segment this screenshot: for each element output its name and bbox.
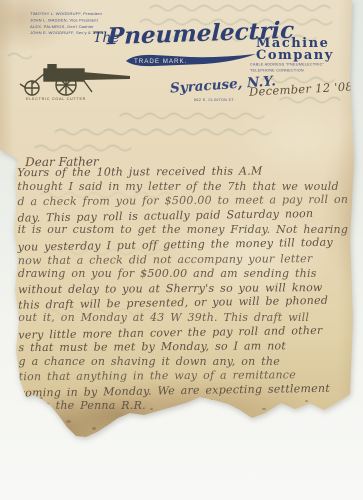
scanned-letter-page: { "scan": { "background_color": "#eef0eb… <box>0 0 363 500</box>
street-address: 562 S. CLINTON ST. <box>194 98 266 102</box>
trade-mark-label: TRADE MARK. <box>134 58 187 65</box>
telephone-line: TELEPHONE CONNECTION <box>250 68 360 74</box>
paper-speck <box>40 397 43 399</box>
trade-mark-ribbon: TRADE MARK. <box>124 52 258 70</box>
letter-paper-wrapper: TIMOTHY L. WOODRUFF, President JOHN L. M… <box>0 0 363 440</box>
paper-speck <box>262 408 266 410</box>
letter-line: g a chance on shaving it down any, on th… <box>19 355 356 370</box>
paper-speck <box>150 408 153 410</box>
paper-speck <box>66 420 71 423</box>
illustration-caption: ELECTRIC COAL CUTTER <box>26 97 107 101</box>
paper-speck <box>92 427 96 430</box>
letter-line: thought I said in my letter of the 7th t… <box>17 180 354 195</box>
letter-line: now that a check did not accompany your … <box>18 251 355 268</box>
letter-paper: TIMOTHY L. WOODRUFF, President JOHN L. M… <box>0 0 363 440</box>
letter-line: drawing on you for $500.00 and am sendin… <box>18 267 355 282</box>
electric-coal-cutter-illustration <box>18 64 133 96</box>
letter-body: Dear Father Yours of the 10th just recei… <box>17 153 356 414</box>
paper-speck <box>210 399 213 402</box>
letter-line: Yours of the 10th just received this A.M <box>17 164 354 181</box>
paper-speck <box>305 400 308 402</box>
letterhead-company: Company <box>256 48 334 63</box>
cable-telephone-block: CABLE ADDRESS "PNEUMELECTRIC" TELEPHONE … <box>250 62 360 74</box>
